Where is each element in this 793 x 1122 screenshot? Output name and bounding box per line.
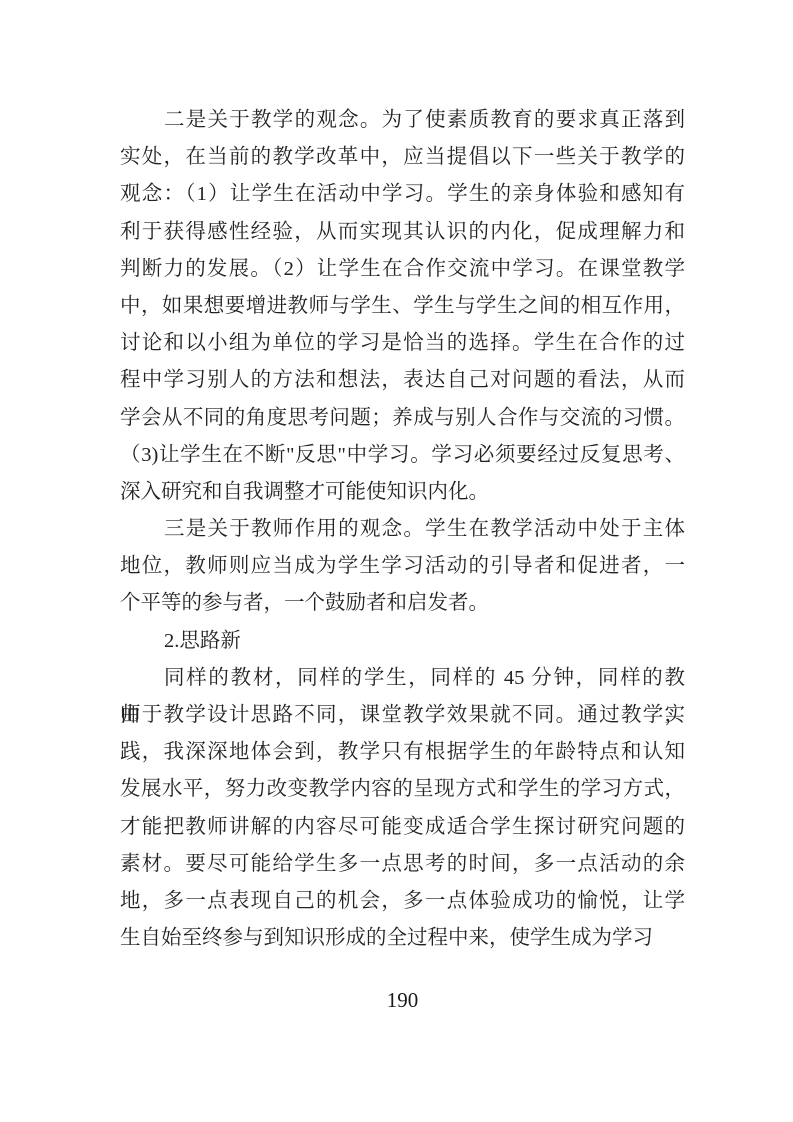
text-line: 践，我深深地体会到，教学只有根据学生的年龄特点和认知	[120, 734, 685, 771]
text-line: 利于获得感性经验，从而实现其认识的内化，促成理解力和	[120, 214, 685, 251]
text-line: （3)让学生在不断"反思"中学习。学习必须要经过反复思考、	[120, 437, 685, 474]
text-line: 个平等的参与者，一个鼓励者和启发者。	[120, 585, 685, 622]
text-line: 程中学习别人的方法和想法，表达自己对问题的看法，从而	[120, 362, 685, 399]
text-line: 判断力的发展。（2）让学生在合作交流中学习。在课堂教学	[120, 251, 685, 288]
text-line: 三是关于教师作用的观念。学生在教学活动中处于主体	[120, 511, 685, 548]
text-line: 二是关于教学的观念。为了使素质教育的要求真正落到	[120, 102, 685, 139]
text-line: 中，如果想要增进教师与学生、学生与学生之间的相互作用，	[120, 288, 685, 325]
page-number: 190	[120, 988, 685, 1012]
text-line: 发展水平，努力改变教学内容的呈现方式和学生的学习方式，	[120, 771, 685, 808]
text-line: 2.思路新	[120, 623, 685, 660]
text-line: 才能把教师讲解的内容尽可能变成适合学生探讨研究问题的	[120, 809, 685, 846]
text-line: 深入研究和自我调整才可能使知识内化。	[120, 474, 685, 511]
text-line: 同样的教材，同样的学生，同样的 45 分钟，同样的教师，	[120, 660, 685, 697]
text-line: 素材。要尽可能给学生多一点思考的时间，多一点活动的余	[120, 846, 685, 883]
text-line: 地，多一点表现自己的机会，多一点体验成功的愉悦，让学	[120, 883, 685, 920]
text-line: 观念：（1）让学生在活动中学习。学生的亲身体验和感知有	[120, 176, 685, 213]
text-line: 学会从不同的角度思考问题；养成与别人合作与交流的习惯。	[120, 400, 685, 437]
text-line: 讨论和以小组为单位的学习是恰当的选择。学生在合作的过	[120, 325, 685, 362]
text-line: 地位，教师则应当成为学生学习活动的引导者和促进者，一	[120, 548, 685, 585]
text-line: 生自始至终参与到知识形成的全过程中来，使学生成为学习	[120, 920, 685, 957]
text-line: 实处，在当前的教学改革中，应当提倡以下一些关于教学的	[120, 139, 685, 176]
document-page: 二是关于教学的观念。为了使素质教育的要求真正落到实处，在当前的教学改革中，应当提…	[0, 0, 793, 1122]
text-line: 由于教学设计思路不同，课堂教学效果就不同。通过教学实	[120, 697, 685, 734]
body-text: 二是关于教学的观念。为了使素质教育的要求真正落到实处，在当前的教学改革中，应当提…	[120, 102, 685, 957]
